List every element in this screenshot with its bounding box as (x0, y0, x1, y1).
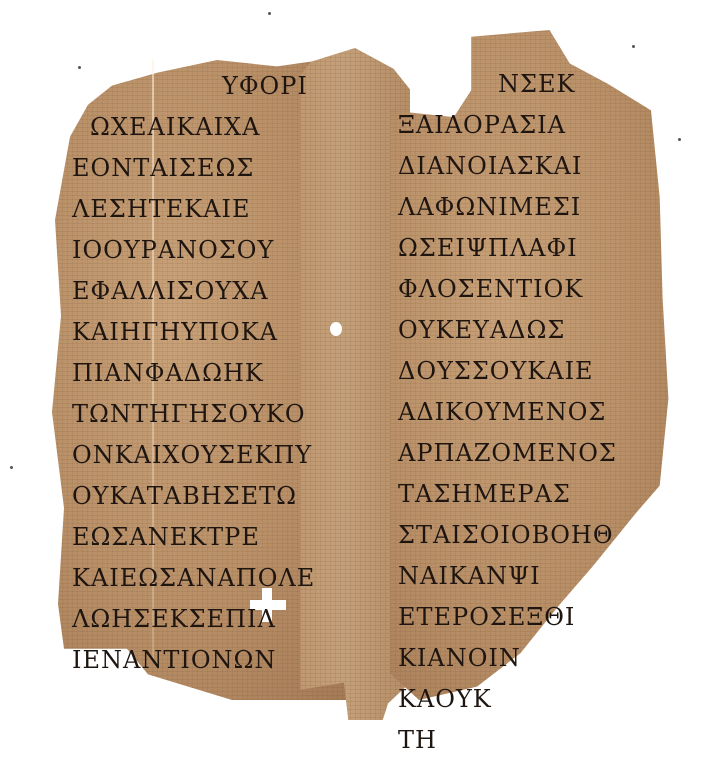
text-line: ΟΥΚΕΥΑΔΩΣ (398, 310, 617, 351)
right-text-column: ΝΣΕΚ ΞΑΙΑΟΡΑΣΙΑ ΔΙΑΝΟΙΑΣΚΑΙ ΛΑΦΩΝΙΜΕΣΙ Ω… (398, 84, 617, 761)
ink-speck (10, 466, 13, 469)
ink-speck (78, 66, 81, 69)
text-line: ΝΣΕΚ (398, 64, 617, 105)
text-line: ΑΡΠΑΖΟΜΕΝΟΣ (398, 433, 617, 474)
text-line: ΛΩΗΣΕΚΣΕΠΙΛ (72, 599, 315, 640)
text-line: ΝΑΙΚΑΝΨΙ (398, 556, 617, 597)
text-line: ΟΝΚΑΙΧΟΥΣΕΚΠΥ (72, 435, 315, 476)
text-line: ΤΗ (398, 720, 617, 761)
ink-speck (632, 45, 635, 48)
text-line: ΣΤΑΙΣΟΙΟΒΟΗΘ (398, 515, 617, 556)
text-line: ΑΔΙΚΟΥΜΕΝΟΣ (398, 392, 617, 433)
text-line: ΦΛΟΣΕΝΤΙΟΚ (398, 269, 617, 310)
ink-speck (268, 12, 271, 15)
left-text-column: ΥΦΟΡΙ ΩΧΕΑΙΚΑΙΧΑ ΕΟΝΤΑΙΣΕΩΣ ΛΕΣΗΤΕΚΑΙΕ Ι… (72, 66, 315, 681)
text-line: ΥΦΟΡΙ (72, 66, 315, 107)
text-line: ΔΙΑΝΟΙΑΣΚΑΙ (398, 146, 617, 187)
text-line: ΩΧΕΑΙΚΑΙΧΑ (72, 107, 315, 148)
text-line: ΟΥΚΑΤΑΒΗΣΕΤΩ (72, 476, 315, 517)
text-line: ΙΕΝΑΝΤΙΟΝΩΝ (72, 640, 315, 681)
text-line: ΤΩΝΤΗΓΗΣΟΥΚΟ (72, 394, 315, 435)
text-line: ΕΩΣΑΝΕΚΤΡΕ (72, 517, 315, 558)
text-line: ΕΤΕΡΟΣΕΞΘΙ (398, 597, 617, 638)
text-line: ΛΕΣΗΤΕΚΑΙΕ (72, 189, 315, 230)
text-line: ΕΟΝΤΑΙΣΕΩΣ (72, 148, 315, 189)
ink-speck (678, 138, 681, 141)
text-line: ΩΣΕΙΨΠΛΑΦΙ (398, 228, 617, 269)
text-line: ΔΟΥΣΣΟΥΚΑΙΕ (398, 351, 617, 392)
papyrus-hole (330, 322, 342, 336)
papyrus-bottom-gap (318, 720, 398, 780)
text-line: ΙΟΟΥΡΑΝΟΣΟΥ (72, 230, 315, 271)
text-line: ΚΑΟΥΚ (398, 679, 617, 720)
text-line: ΛΑΦΩΝΙΜΕΣΙ (398, 187, 617, 228)
text-line: ΤΑΣΗΜΕΡΑΣ (398, 474, 617, 515)
text-line: ΞΑΙΑΟΡΑΣΙΑ (398, 105, 617, 146)
text-line: ΕΦΑΛΛΙΣΟΥΧΑ (72, 271, 315, 312)
text-line: ΠΙΑΝΦΑΔΩΗΚ (72, 353, 315, 394)
text-line: ΚΑΙΕΩΣΑΝΑΠΟΛΕ (72, 558, 315, 599)
text-line: ΚΑΙΗΓΗΥΠΟΚΑ (72, 312, 315, 353)
text-line: ΚΙΑΝΟΙΝ (398, 638, 617, 679)
